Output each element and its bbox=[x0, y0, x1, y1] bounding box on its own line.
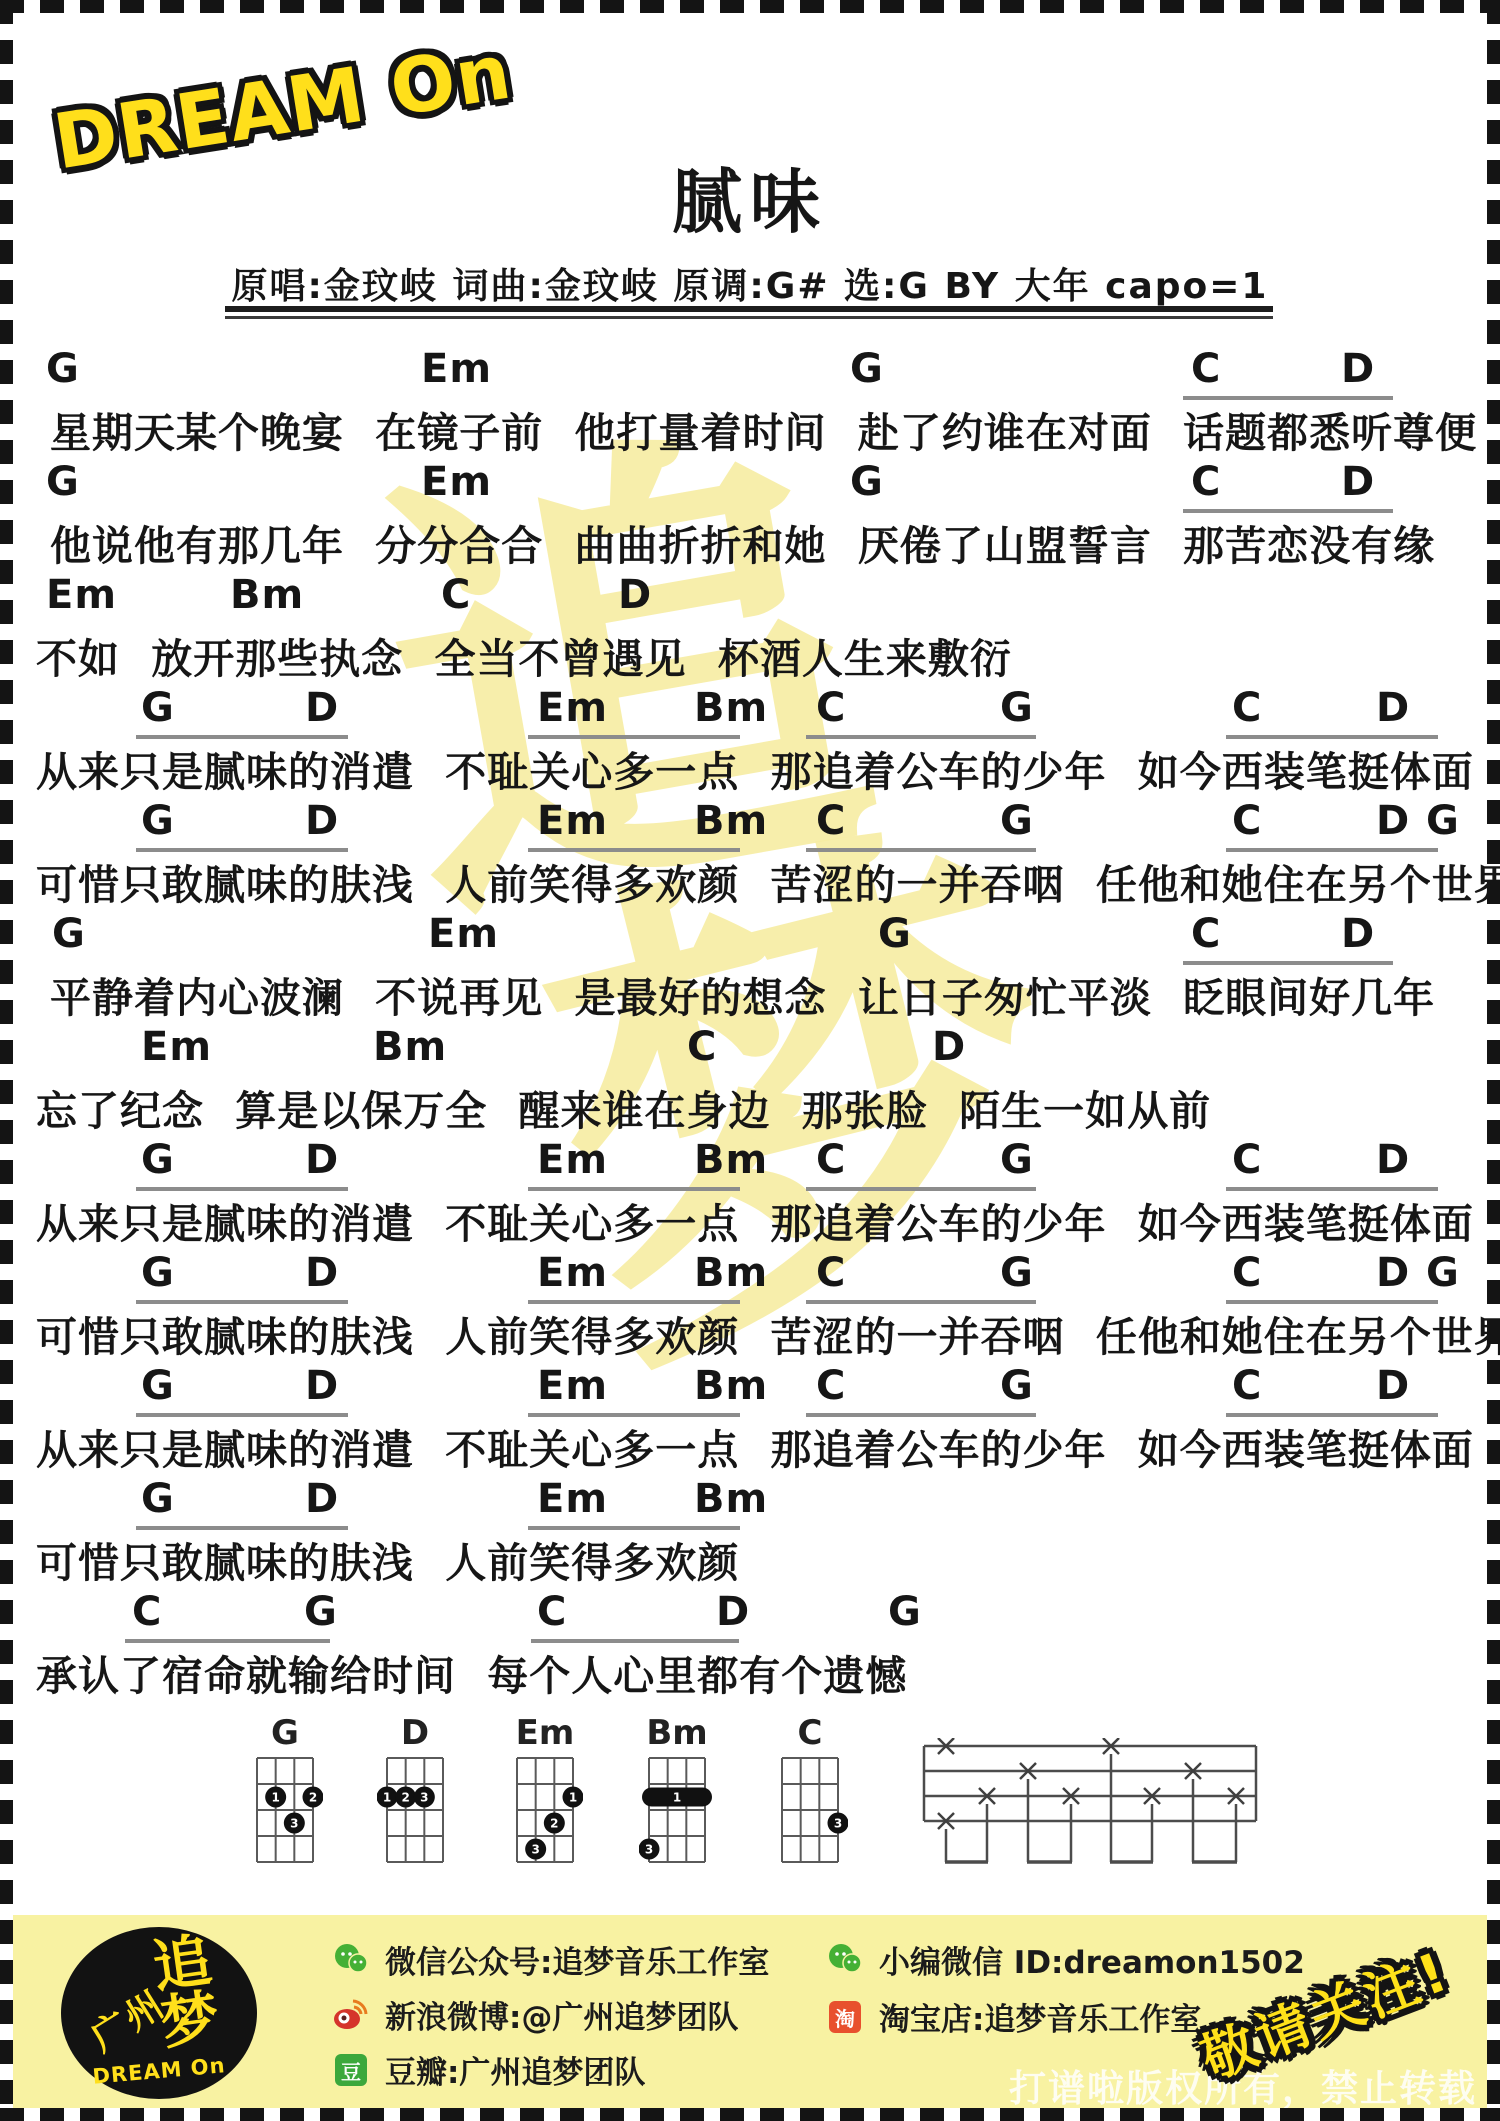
fretboard-grid: 13 bbox=[639, 1754, 715, 1866]
chord-label: Bm bbox=[694, 1363, 768, 1409]
header-rule bbox=[225, 306, 1273, 319]
song-credits: 原唱:金玟岐 词曲:金玟岐 原调:G# 选:G BY 大年 capo=1 bbox=[0, 258, 1500, 309]
fretboard-grid: 123 bbox=[377, 1754, 453, 1866]
chord-label: Em bbox=[421, 346, 492, 392]
chord-diagram-name: Bm bbox=[639, 1712, 715, 1754]
chord-label: G bbox=[1426, 798, 1460, 844]
svg-text:2: 2 bbox=[401, 1791, 409, 1805]
chord-label: C bbox=[816, 685, 846, 731]
chord-label: Bm bbox=[694, 1137, 768, 1183]
chord-label: D bbox=[305, 798, 339, 844]
song-line: CGCDG承认了宿命就输给时间 每个人心里都有个遗憾 bbox=[28, 1589, 1472, 1702]
dashed-border-left bbox=[0, 0, 13, 2121]
contact-row: 小编微信 ID:dreamon1502 bbox=[825, 1937, 1305, 1982]
contact-row: 淘淘宝店:追梦音乐工作室 bbox=[825, 1994, 1201, 2039]
chord-label: C bbox=[1191, 459, 1221, 505]
chord-label: D bbox=[1341, 459, 1375, 505]
song-title: 腻味 bbox=[0, 146, 1500, 247]
chord-label: D bbox=[1376, 1363, 1410, 1409]
chord-label: G bbox=[141, 1250, 175, 1296]
lyric-line: 承认了宿命就输给时间 每个人心里都有个遗憾 bbox=[28, 1643, 1472, 1702]
svg-text:3: 3 bbox=[834, 1817, 842, 1831]
contact-text: 新浪微博:@广州追梦团队 bbox=[385, 1992, 738, 2037]
svg-text:3: 3 bbox=[290, 1817, 298, 1831]
chord-label: G bbox=[52, 911, 86, 957]
chord-label: G bbox=[878, 911, 912, 957]
douban-icon: 豆 bbox=[331, 2050, 371, 2090]
chord-label: C bbox=[816, 1363, 846, 1409]
song-line: GDEmBmCGCD从来只是腻味的消遣 不耻关心多一点 那追着公车的少年 如今西… bbox=[28, 1363, 1472, 1476]
contact-text: 微信公众号:追梦音乐工作室 bbox=[385, 1937, 769, 1982]
svg-text:1: 1 bbox=[271, 1791, 279, 1805]
chord-label: D bbox=[305, 1476, 339, 1522]
chord-label: G bbox=[1426, 1250, 1460, 1296]
chord-label: C bbox=[1191, 911, 1221, 957]
song-line: EmBmCD忘了纪念 算是以保万全 醒来谁在身边 那张脸 陌生一如从前 bbox=[28, 1024, 1472, 1137]
chord-label: G bbox=[141, 1137, 175, 1183]
song-line: GEmGCD他说他有那几年 分分合合 曲曲折折和她 厌倦了山盟誓言 那苦恋没有缘 bbox=[28, 459, 1472, 572]
contact-row: 微信公众号:追梦音乐工作室 bbox=[331, 1937, 769, 1982]
chord-label: Bm bbox=[694, 798, 768, 844]
lyric-line: 忘了纪念 算是以保万全 醒来谁在身边 那张脸 陌生一如从前 bbox=[28, 1078, 1472, 1137]
chord-label: C bbox=[132, 1589, 162, 1635]
taobao-icon: 淘 bbox=[825, 1997, 865, 2037]
chord-label: Bm bbox=[694, 685, 768, 731]
contact-row: 豆豆瓣:广州追梦团队 bbox=[331, 2047, 645, 2092]
chord-diagram-name: D bbox=[377, 1712, 453, 1754]
chord-label: D bbox=[1376, 1137, 1410, 1183]
lyric-line: 从来只是腻味的消遣 不耻关心多一点 那追着公车的少年 如今西装笔挺体面 bbox=[28, 1191, 1472, 1250]
song-line: EmBmCD不如 放开那些执念 全当不曾遇见 杯酒人生来敷衍 bbox=[28, 572, 1472, 685]
chord-label: D bbox=[1376, 1250, 1410, 1296]
strum-pattern-staff bbox=[920, 1738, 1260, 1878]
svg-text:3: 3 bbox=[531, 1843, 539, 1857]
lyric-line: 从来只是腻味的消遣 不耻关心多一点 那追着公车的少年 如今西装笔挺体面 bbox=[28, 739, 1472, 798]
dashed-border-right bbox=[1487, 0, 1500, 2121]
chord-label: C bbox=[816, 1137, 846, 1183]
chord-label: G bbox=[1000, 1250, 1034, 1296]
chord-label: C bbox=[687, 1024, 717, 1070]
chord-label: C bbox=[1232, 798, 1262, 844]
lyric-line: 可惜只敢腻味的肤浅 人前笑得多欢颜 bbox=[28, 1530, 1472, 1589]
chord-label: Bm bbox=[694, 1250, 768, 1296]
chord-label: C bbox=[816, 798, 846, 844]
chord-label: G bbox=[141, 685, 175, 731]
chord-diagram-em: Em123 bbox=[507, 1712, 583, 1870]
chord-label: D bbox=[1341, 911, 1375, 957]
weibo-icon bbox=[331, 1995, 371, 2035]
svg-text:2: 2 bbox=[550, 1817, 558, 1831]
chord-sheet-page: 追梦 DREAM On 腻味 原唱:金玟岐 词曲:金玟岐 原调:G# 选:G B… bbox=[0, 0, 1500, 2121]
chord-label: C bbox=[1232, 685, 1262, 731]
lyric-line: 可惜只敢腻味的肤浅 人前笑得多欢颜 苦涩的一并吞咽 任他和她住在另个世界 bbox=[28, 1304, 1472, 1363]
chord-label: D bbox=[1341, 346, 1375, 392]
chord-diagram-bm: Bm13 bbox=[639, 1712, 715, 1870]
contact-text: 淘宝店:追梦音乐工作室 bbox=[879, 1994, 1201, 2039]
chord-label: Bm bbox=[373, 1024, 447, 1070]
chord-label: G bbox=[850, 459, 884, 505]
fretboard-grid: 3 bbox=[772, 1754, 848, 1866]
chord-label: G bbox=[1000, 1137, 1034, 1183]
svg-text:3: 3 bbox=[645, 1843, 653, 1857]
chord-label: G bbox=[1000, 1363, 1034, 1409]
chord-label: C bbox=[1232, 1137, 1262, 1183]
chord-label: G bbox=[46, 346, 80, 392]
chord-label: D bbox=[1376, 685, 1410, 731]
chord-diagram-name: Em bbox=[507, 1712, 583, 1754]
chord-label: C bbox=[816, 1250, 846, 1296]
badge-name-label: 追梦 bbox=[149, 1931, 226, 2052]
chord-label: G bbox=[888, 1589, 922, 1635]
song-body: GEmGCD星期天某个晚宴 在镜子前 他打量着时间 赴了约谁在对面 话题都悉听尊… bbox=[28, 346, 1472, 1702]
chord-label: C bbox=[537, 1589, 567, 1635]
song-line: GEmGCD平静着内心波澜 不说再见 是最好的想念 让日子匆忙平淡 眨眼间好几年 bbox=[28, 911, 1472, 1024]
chord-label: Em bbox=[428, 911, 499, 957]
chord-label: G bbox=[304, 1589, 338, 1635]
chord-label: Bm bbox=[230, 572, 304, 618]
fretboard-grid: 123 bbox=[507, 1754, 583, 1866]
chord-label: C bbox=[1232, 1250, 1262, 1296]
song-line: GEmGCD星期天某个晚宴 在镜子前 他打量着时间 赴了约谁在对面 话题都悉听尊… bbox=[28, 346, 1472, 459]
dashed-border-top bbox=[0, 0, 1500, 13]
svg-text:1: 1 bbox=[673, 1791, 681, 1805]
chord-diagram-d: D123 bbox=[377, 1712, 453, 1870]
dashed-border-bottom bbox=[0, 2108, 1500, 2121]
chord-label: D bbox=[305, 685, 339, 731]
chord-label: G bbox=[1000, 685, 1034, 731]
svg-text:豆: 豆 bbox=[341, 2060, 361, 2084]
chord-label: G bbox=[1000, 798, 1034, 844]
song-line: GDEmBmCGCDG可惜只敢腻味的肤浅 人前笑得多欢颜 苦涩的一并吞咽 任他和… bbox=[28, 1250, 1472, 1363]
chord-label: D bbox=[305, 1137, 339, 1183]
chord-label: Em bbox=[537, 1250, 608, 1296]
chord-label: D bbox=[1376, 798, 1410, 844]
footer-band: 广州 追梦 DREAM On 微信公众号:追梦音乐工作室新浪微博:@广州追梦团队… bbox=[13, 1915, 1487, 2108]
lyric-line: 星期天某个晚宴 在镜子前 他打量着时间 赴了约谁在对面 话题都悉听尊便 bbox=[28, 400, 1472, 459]
lyric-line: 从来只是腻味的消遣 不耻关心多一点 那追着公车的少年 如今西装笔挺体面 bbox=[28, 1417, 1472, 1476]
contact-text: 小编微信 ID:dreamon1502 bbox=[879, 1937, 1305, 1982]
chord-label: C bbox=[1232, 1363, 1262, 1409]
chord-label: Em bbox=[141, 1024, 212, 1070]
chord-label: D bbox=[305, 1250, 339, 1296]
lyric-line: 不如 放开那些执念 全当不曾遇见 杯酒人生来敷衍 bbox=[28, 626, 1472, 685]
chord-label: G bbox=[141, 798, 175, 844]
chord-diagram-row: G123D123Em123Bm13C3 bbox=[0, 1712, 1500, 1902]
lyric-line: 平静着内心波澜 不说再见 是最好的想念 让日子匆忙平淡 眨眼间好几年 bbox=[28, 965, 1472, 1024]
svg-text:1: 1 bbox=[569, 1791, 577, 1805]
chord-label: G bbox=[46, 459, 80, 505]
fretboard-grid: 123 bbox=[247, 1754, 323, 1866]
song-line: GDEmBmCGCDG可惜只敢腻味的肤浅 人前笑得多欢颜 苦涩的一并吞咽 任他和… bbox=[28, 798, 1472, 911]
svg-text:淘: 淘 bbox=[835, 2007, 855, 2031]
contact-text: 豆瓣:广州追梦团队 bbox=[385, 2047, 645, 2092]
chord-label: G bbox=[141, 1476, 175, 1522]
chord-label: Em bbox=[46, 572, 117, 618]
chord-label: Bm bbox=[694, 1476, 768, 1522]
badge-sub-label: DREAM On bbox=[60, 2051, 257, 2092]
svg-text:2: 2 bbox=[309, 1791, 317, 1805]
wechat-icon bbox=[331, 1940, 371, 1980]
song-line: GDEmBmCGCD从来只是腻味的消遣 不耻关心多一点 那追着公车的少年 如今西… bbox=[28, 685, 1472, 798]
svg-text:1: 1 bbox=[383, 1791, 391, 1805]
song-line: GDEmBm可惜只敢腻味的肤浅 人前笑得多欢颜 bbox=[28, 1476, 1472, 1589]
chord-label: C bbox=[1191, 346, 1221, 392]
lyric-line: 可惜只敢腻味的肤浅 人前笑得多欢颜 苦涩的一并吞咽 任他和她住在另个世界 bbox=[28, 852, 1472, 911]
chord-label: G bbox=[850, 346, 884, 392]
chord-label: D bbox=[716, 1589, 750, 1635]
chord-label: Em bbox=[421, 459, 492, 505]
wechat-icon bbox=[825, 1940, 865, 1980]
contact-row: 新浪微博:@广州追梦团队 bbox=[331, 1992, 738, 2037]
chord-label: D bbox=[932, 1024, 966, 1070]
chord-label: Em bbox=[537, 685, 608, 731]
chord-label: G bbox=[141, 1363, 175, 1409]
chord-label: Em bbox=[537, 1137, 608, 1183]
chord-label: D bbox=[305, 1363, 339, 1409]
chord-label: Em bbox=[537, 798, 608, 844]
chord-diagram-name: C bbox=[772, 1712, 848, 1754]
chord-label: Em bbox=[537, 1476, 608, 1522]
chord-diagram-c: C3 bbox=[772, 1712, 848, 1870]
chord-label: D bbox=[618, 572, 652, 618]
chord-label: C bbox=[441, 572, 471, 618]
chord-label: Em bbox=[537, 1363, 608, 1409]
chord-diagram-name: G bbox=[247, 1712, 323, 1754]
chord-diagram-g: G123 bbox=[247, 1712, 323, 1870]
dream-on-badge: 广州 追梦 DREAM On bbox=[61, 1927, 257, 2099]
lyric-line: 他说他有那几年 分分合合 曲曲折折和她 厌倦了山盟誓言 那苦恋没有缘 bbox=[28, 513, 1472, 572]
svg-text:3: 3 bbox=[420, 1791, 428, 1805]
song-line: GDEmBmCGCD从来只是腻味的消遣 不耻关心多一点 那追着公车的少年 如今西… bbox=[28, 1137, 1472, 1250]
